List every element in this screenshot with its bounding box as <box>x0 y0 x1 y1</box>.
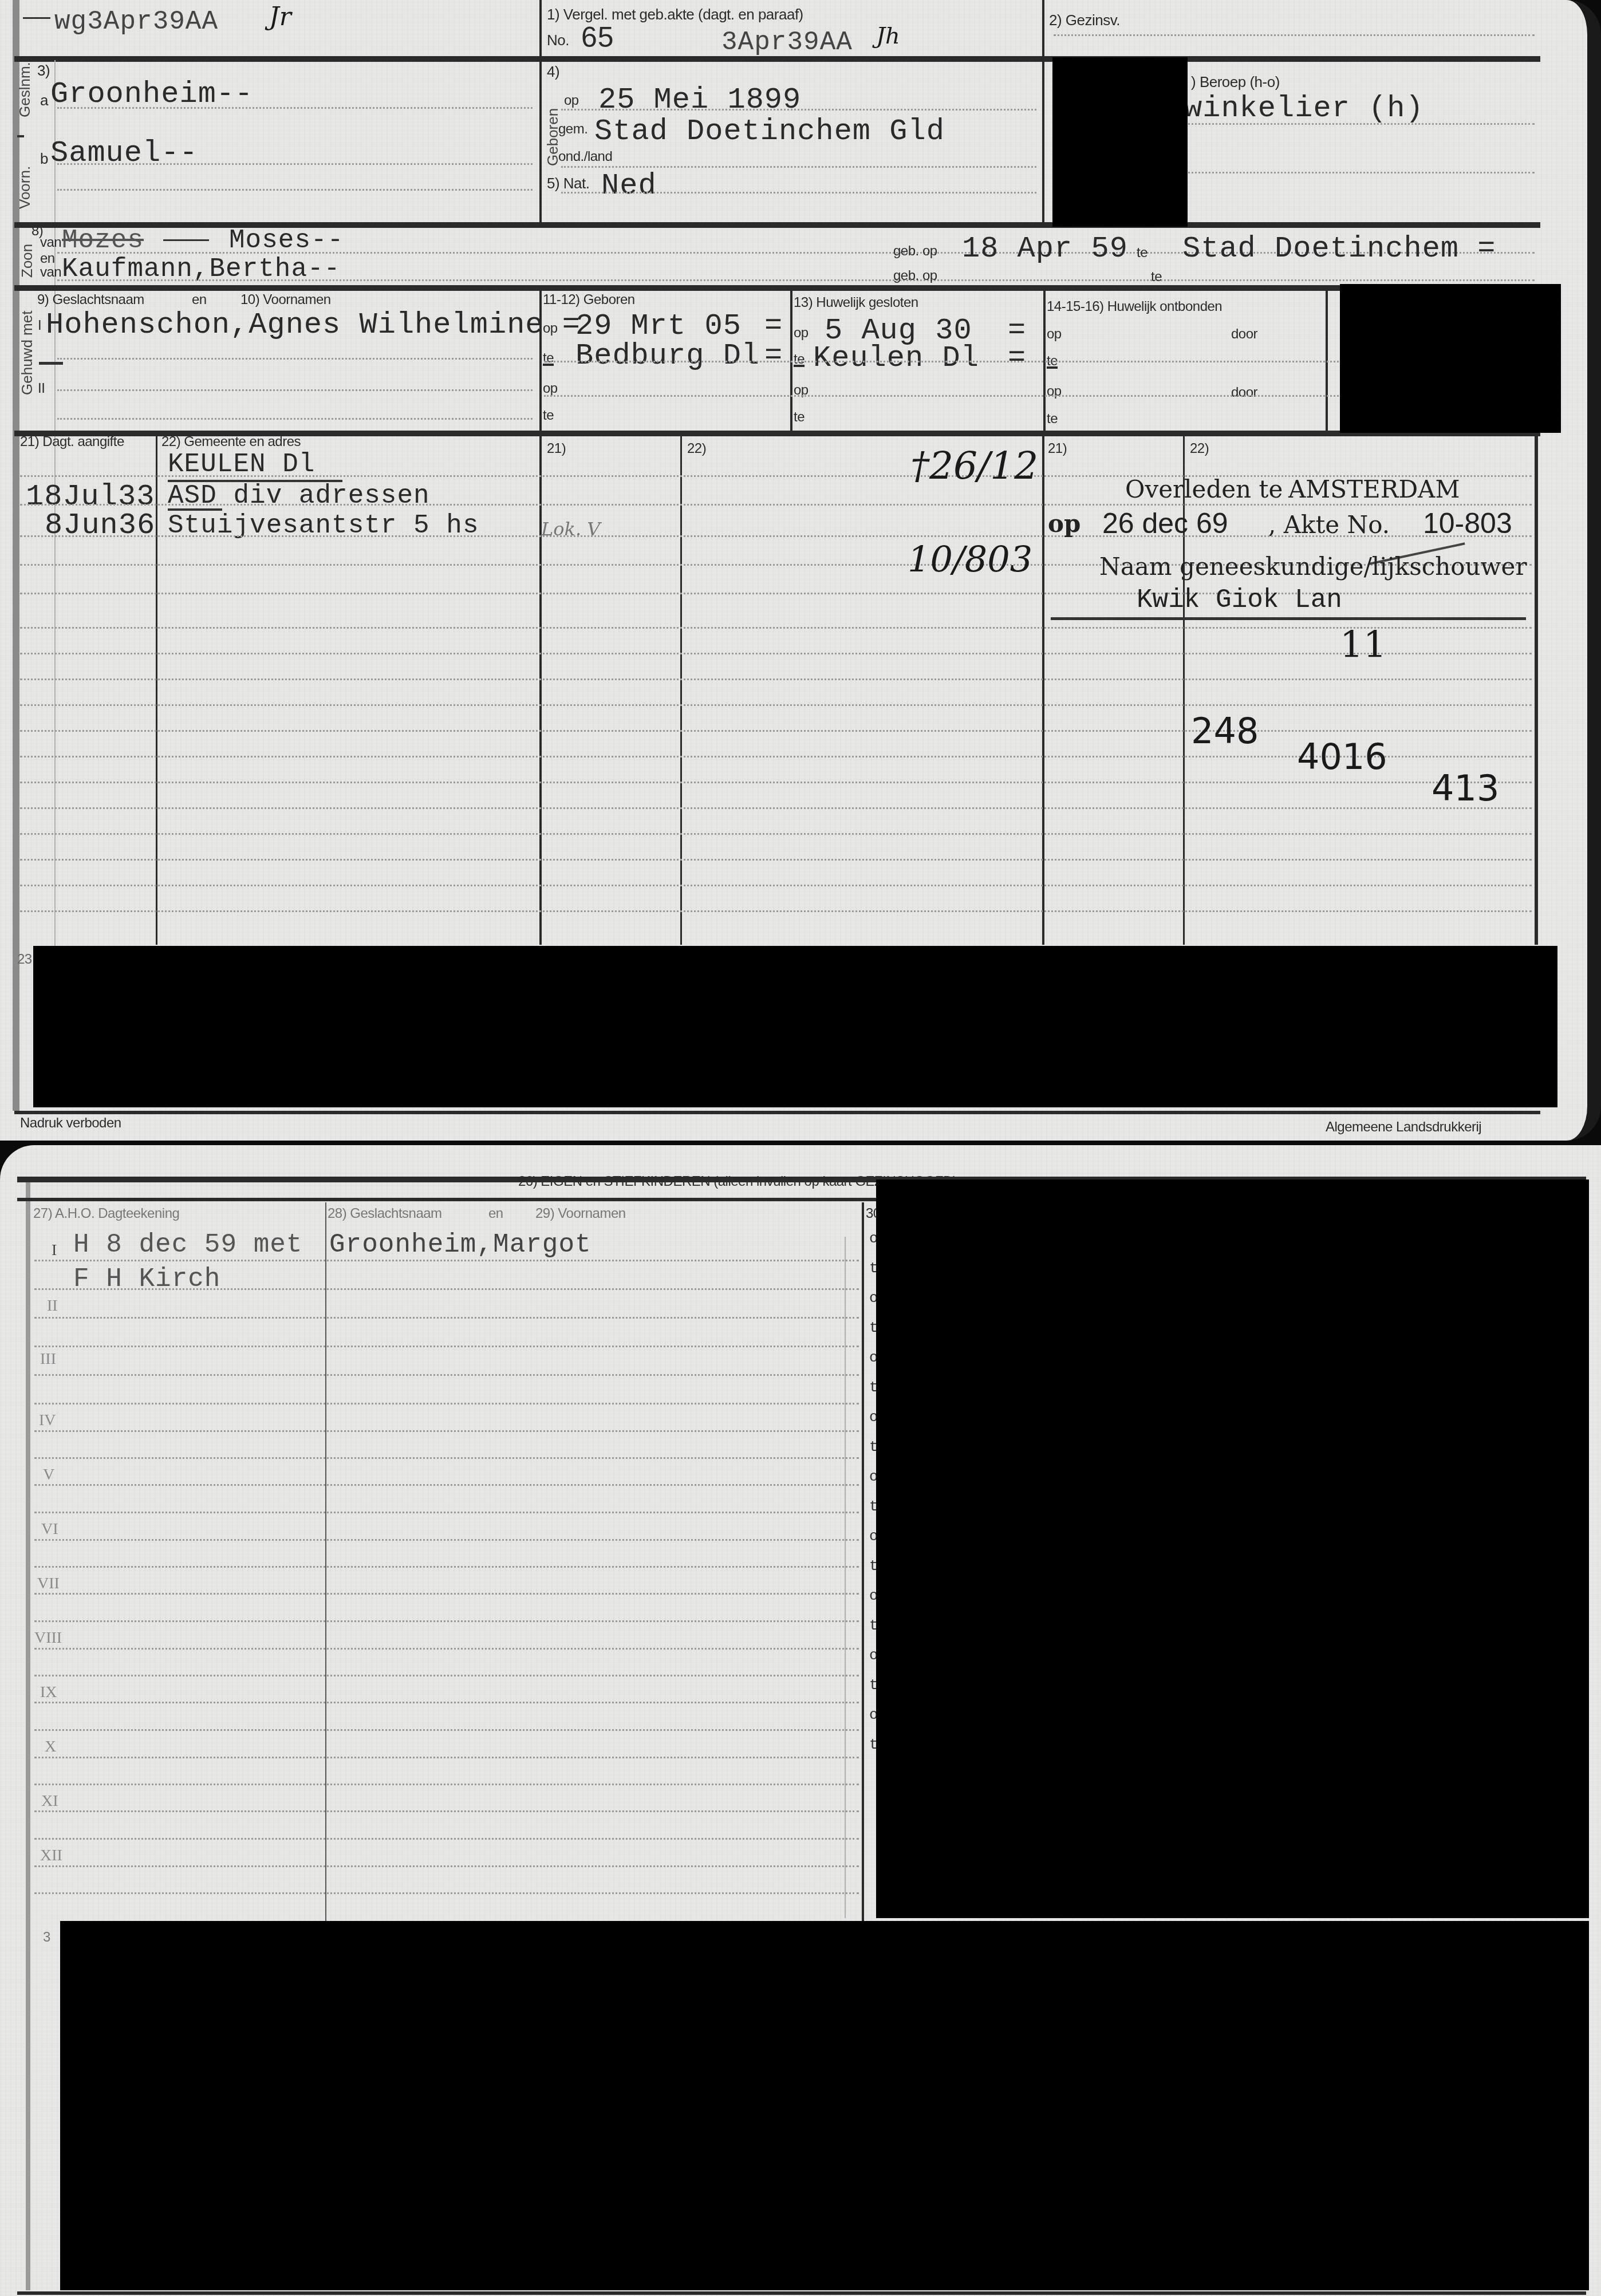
married-place: Keulen Dl <box>813 341 979 375</box>
dotted-line <box>34 1512 859 1513</box>
footer-left-text: Nadruk verboden <box>20 1115 121 1131</box>
spouse-en-label: en <box>192 292 207 308</box>
dissolved-door2-label: door <box>1231 385 1257 401</box>
dotted-line <box>57 163 533 165</box>
death-stamp-line3: Naam geneeskundige/lijkschouwer <box>1099 553 1527 581</box>
birth-date: 25 Mei 1899 <box>598 83 801 117</box>
divider-v-col29-inner <box>845 1237 846 1918</box>
row1-aho-line1: H 8 dec 59 met <box>73 1230 302 1260</box>
father-birth-place: Stad Doetinchem = <box>1182 232 1496 266</box>
dotted-line <box>561 109 1036 111</box>
col22b-label: 22) <box>687 441 706 457</box>
side-label-zoon: Zoon <box>18 244 36 278</box>
side-label-geslnm: Geslnm. <box>16 62 34 117</box>
dotted-line <box>57 279 1535 281</box>
dotted-line <box>34 1260 859 1261</box>
birth-place: Stad Doetinchem Gld <box>594 115 945 148</box>
row-marker-12: XII <box>40 1847 62 1865</box>
field1-no-label: No. <box>547 31 569 49</box>
dotted-line <box>34 1593 859 1595</box>
death-stamp-city: AMSTERDAM <box>1288 475 1460 503</box>
spouse-name: Hohenschon,Agnes Wilhelmine = <box>46 308 581 342</box>
field9-label: 9) Geslachtsnaam <box>37 292 144 308</box>
married-label: 13) Huwelijk gesloten <box>794 295 918 311</box>
dotted-line <box>34 1457 859 1459</box>
spouse-row1-marker: I <box>38 318 41 334</box>
married-te2-label: te <box>794 409 805 425</box>
birth-ond-land-label: ond./land <box>558 149 612 165</box>
spouse-born-place: Bedburg Dl <box>575 339 760 373</box>
surname-prefix: a <box>40 92 48 109</box>
spouse-born-date-eq: = <box>764 309 783 343</box>
dotted-line <box>34 1865 859 1867</box>
dotted-line <box>20 627 1532 629</box>
col21c-label: 21) <box>1048 441 1067 457</box>
dotted-line <box>34 1784 859 1785</box>
dotted-line <box>20 859 1532 861</box>
col-en-label: en <box>488 1206 503 1222</box>
field1-date: 3Apr39AA <box>721 27 853 57</box>
dotted-line <box>34 1648 859 1650</box>
dissolved-op2-label: op <box>1047 384 1062 400</box>
dotted-line <box>34 1810 859 1812</box>
row-marker-2: II <box>47 1297 58 1315</box>
handwritten-number-1: 11 <box>1340 624 1386 666</box>
col22-label: 22) Gemeente en adres <box>161 434 301 450</box>
field3-label: 3) <box>37 62 50 80</box>
row-marker-3: III <box>40 1350 56 1368</box>
death-mark-handwritten: †26/12 <box>910 444 1038 488</box>
field2-label: 2) Gezinsv. <box>1049 11 1120 29</box>
dotted-line <box>57 418 533 420</box>
col21b-handwritten-note: Lok. V <box>541 518 600 540</box>
dotted-line <box>57 389 533 391</box>
dotted-line <box>34 1403 859 1405</box>
dotted-line <box>34 1288 859 1290</box>
divider-v-addr-1 <box>156 435 157 945</box>
father-name-struck: Mozes <box>62 226 144 255</box>
dotted-line <box>20 653 1532 654</box>
married-place-eq: = <box>1008 341 1026 375</box>
row-marker-6: VI <box>41 1520 58 1538</box>
spouse-born-op-label: op <box>543 321 558 337</box>
spouse-born-label: 11-12) Geboren <box>543 292 635 308</box>
dotted-line <box>34 1729 859 1731</box>
header-left-initials: Jr <box>269 2 291 31</box>
dotted-line <box>20 910 1532 912</box>
field1-no-value: 65 <box>581 21 614 54</box>
father-te-label: te <box>1137 245 1147 261</box>
record-card-front: wg3Apr39AA Jr 1) Vergel. met geb.akte (d… <box>0 0 1601 1141</box>
row-marker-1: I <box>52 1241 57 1260</box>
row23-label: 23 <box>17 952 32 968</box>
dotted-line <box>34 1484 859 1486</box>
row1-child-name: Groonheim,Margot <box>329 1230 591 1260</box>
death-stamp-date: 26 dec 69 <box>1102 507 1228 540</box>
dotted-line <box>34 1317 859 1319</box>
firstname-value: Samuel-- <box>50 136 198 170</box>
redaction-box <box>1340 284 1561 433</box>
redaction-box <box>60 1921 1589 2290</box>
nationality-value: Ned <box>601 169 657 203</box>
mother-te-label: te <box>1151 269 1162 285</box>
death-stamp-line1-prefix: Overleden te <box>1125 475 1283 503</box>
dotted-line <box>34 1702 859 1703</box>
dotted-line <box>34 1346 859 1347</box>
divider-v-addr-4 <box>1042 435 1044 945</box>
row-marker-9: IX <box>40 1683 57 1702</box>
divider-v-occupation <box>1042 60 1044 223</box>
dotted-line <box>34 1620 859 1622</box>
firstname-prefix: b <box>40 150 48 168</box>
occupation-value: winkelier (h) <box>1184 92 1424 125</box>
row-marker-5: V <box>43 1466 54 1484</box>
birth-op-label: op <box>564 93 579 109</box>
redaction-box <box>876 1179 1589 1918</box>
akte-ref-handwritten: 10/803 <box>908 538 1032 580</box>
father-birth-date: 18 Apr 59 <box>962 232 1128 266</box>
side-label-voorn: Voorn. <box>16 166 34 209</box>
redaction-box <box>1052 57 1188 227</box>
death-stamp-akte-label: , Akte No. <box>1268 511 1390 539</box>
dotted-line <box>34 1539 859 1541</box>
death-stamp-akte-no: 10-803 <box>1423 507 1512 540</box>
dotted-line <box>20 504 1532 506</box>
col27-label: 27) A.H.O. Dagteekening <box>33 1206 179 1222</box>
spouse-born-place-eq: = <box>764 339 783 373</box>
rule-bottom-back <box>17 2291 1586 2295</box>
rule-after-parents <box>14 285 1540 291</box>
divider-v-addr-2 <box>539 435 542 945</box>
record-card-back: 26) EIGEN en STIEFKINDEREN (alleen invul… <box>0 1145 1601 2296</box>
handwritten-number-2: 248 <box>1191 710 1259 752</box>
handwritten-number-4: 413 <box>1432 767 1499 809</box>
header-left-arrow-icon <box>23 17 50 20</box>
dissolved-op-label: op <box>1047 326 1062 342</box>
dotted-line <box>34 1675 859 1676</box>
dotted-line <box>34 1838 859 1840</box>
redaction-box <box>33 946 1557 1107</box>
dotted-line <box>20 704 1532 706</box>
divider-v-header-2 <box>1042 0 1044 60</box>
dotted-line <box>20 782 1532 783</box>
dotted-line <box>20 678 1532 680</box>
dissolved-label: 14-15-16) Huwelijk ontbonden <box>1047 299 1222 315</box>
address-row-2-value: ASD div adressen <box>168 481 430 511</box>
divider-v-addr-3 <box>680 435 682 945</box>
dotted-line <box>34 1374 859 1376</box>
field10-label: 10) Voornamen <box>240 292 331 308</box>
dotted-line <box>57 107 533 109</box>
married-op-label: op <box>794 325 809 341</box>
dotted-line <box>20 730 1532 732</box>
spouse-row2-marker: II <box>38 381 45 397</box>
dotted-line <box>1054 34 1535 36</box>
correction-mark-icon <box>163 239 209 241</box>
surname-value: Groonheim-- <box>50 77 253 111</box>
dotted-line <box>57 189 533 191</box>
spouse-born-te2-label: te <box>543 408 554 424</box>
dotted-line <box>57 358 533 360</box>
mother-geb-op-label: geb. op <box>893 268 937 284</box>
dotted-line <box>34 1757 859 1758</box>
rule-after-header <box>14 56 1540 62</box>
divider-v-col27 <box>325 1202 326 1921</box>
parents-van-label: van <box>40 235 61 251</box>
dotted-line <box>20 885 1532 886</box>
field4-label: 4) <box>547 63 559 81</box>
col21b-label: 21) <box>547 441 566 457</box>
divider-v-col30 <box>862 1202 864 1921</box>
row-marker-11: XI <box>41 1792 58 1810</box>
parents-mother-van-label: van <box>40 265 61 281</box>
short-rule <box>17 135 24 137</box>
bottom-marker: 3 <box>43 1930 50 1946</box>
col29-label: 29) Voornamen <box>535 1206 626 1222</box>
divider-v-spouse-born <box>539 289 542 432</box>
side-label-gehuwd-met: Gehuwd met <box>18 311 36 395</box>
handwritten-number-3: 4016 <box>1297 736 1387 778</box>
footer-right-text: Algemeene Landsdrukkerij <box>1326 1119 1481 1135</box>
col28-label: 28) Geslachtsnaam <box>328 1206 442 1222</box>
left-margin-bar <box>26 1179 30 2290</box>
spouse-born-te-label: te <box>543 350 554 366</box>
row-marker-8: VIII <box>34 1629 62 1647</box>
dotted-line <box>20 807 1532 809</box>
short-rule <box>39 362 63 365</box>
dotted-line <box>34 1566 859 1568</box>
dotted-line <box>34 1892 859 1894</box>
header-left-note: wg3Apr39AA <box>54 7 218 37</box>
col21-label: 21) Dagt. aangifte <box>20 434 124 450</box>
row-marker-7: VII <box>37 1575 60 1593</box>
divider-v-main <box>539 0 542 223</box>
birth-gem-label: gem. <box>558 121 587 137</box>
spouse-born-date: 29 Mrt 05 <box>575 309 742 343</box>
dotted-line <box>20 833 1532 835</box>
dotted-line <box>34 1430 859 1432</box>
father-geb-op-label: geb. op <box>893 243 937 259</box>
col22c-label: 22) <box>1190 441 1209 457</box>
spouse-born-op2-label: op <box>543 381 558 397</box>
dotted-line <box>561 166 1036 168</box>
dissolved-te2-label: te <box>1047 411 1058 427</box>
field5-label: 5) Nat. <box>547 175 590 192</box>
death-stamp-doctor: Kwik Giok Lan <box>1137 585 1342 615</box>
death-stamp-op-label: op <box>1048 510 1081 538</box>
row-marker-4: IV <box>39 1411 56 1430</box>
married-te-label: te <box>794 352 805 368</box>
divider-v-right-edge <box>1535 435 1538 945</box>
row-marker-10: X <box>45 1738 56 1756</box>
field1-initials: Jh <box>876 23 900 49</box>
occupation-label: ) Beroep (h-o) <box>1191 73 1280 91</box>
address-row-3-date: 8Jun36 <box>45 508 155 542</box>
dissolved-door-label: door <box>1231 326 1257 342</box>
dotted-line <box>561 192 1036 194</box>
father-name: Moses-- <box>229 226 344 255</box>
death-stamp-underline <box>1051 617 1526 620</box>
rule-before-footer <box>14 1111 1540 1114</box>
